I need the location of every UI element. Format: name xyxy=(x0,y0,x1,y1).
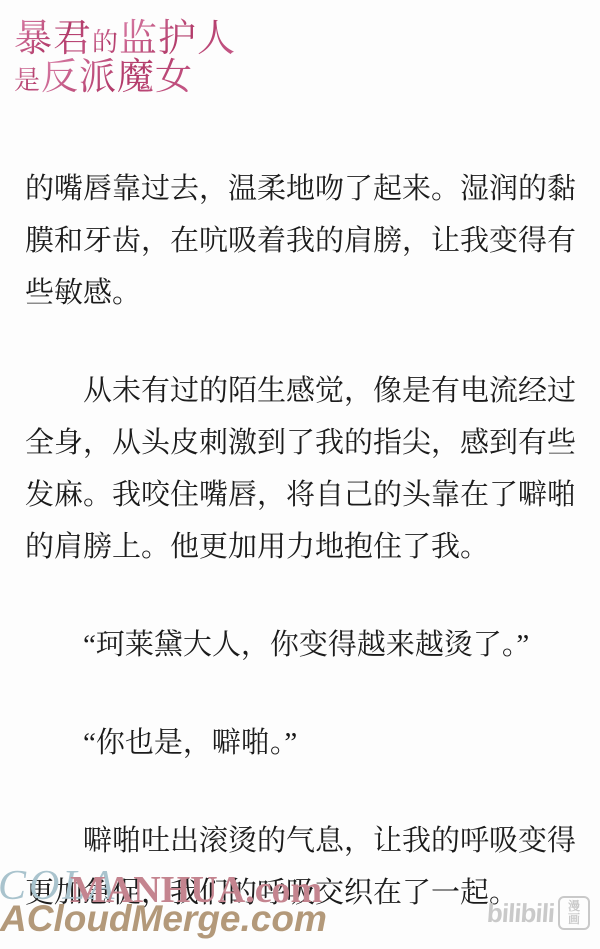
novel-page: 暴君的监护人 是反派魔女 的嘴唇靠过去，温柔地吻了起来。湿润的黏膜和牙齿，在吭吸… xyxy=(0,0,600,949)
watermark-bilibili-manga: bilibili 漫 画 xyxy=(487,896,590,930)
bilibili-logo-icon: bilibili xyxy=(486,898,555,929)
series-title-line-1: 暴君的监护人 xyxy=(14,20,236,59)
paragraph-text: 从未有过的陌生感觉，像是有电流经过全身，从头皮刺激到了我的指尖，感到有些发麻。我… xyxy=(25,365,576,573)
series-title-text: 是 xyxy=(14,66,41,95)
dialogue-line: “珂莱黛大人，你变得越来越烫了。” xyxy=(25,619,576,671)
series-title-text: 反派魔女 xyxy=(41,57,193,98)
novel-text-body: 的嘴唇靠过去，温柔地吻了起来。湿润的黏膜和牙齿，在吭吸着我的肩膀，让我变得有些敏… xyxy=(25,163,576,919)
series-title-line-2: 是反派魔女 xyxy=(14,59,236,97)
watermark-acloudmerge: ACloudMerge.com xyxy=(0,898,327,940)
manga-badge-text: 画 xyxy=(568,913,580,926)
dialogue-line: “你也是，噼啪。” xyxy=(25,717,576,769)
series-title-logo: 暴君的监护人 是反派魔女 xyxy=(14,20,236,96)
paragraph-text: 的嘴唇靠过去，温柔地吻了起来。湿润的黏膜和牙齿，在吭吸着我的肩膀，让我变得有些敏… xyxy=(25,163,576,319)
manga-badge-icon: 漫 画 xyxy=(558,896,590,930)
series-title-text: 的 xyxy=(92,28,119,57)
series-title-text: 暴君 xyxy=(14,18,92,60)
series-title-text: 监护人 xyxy=(119,18,236,60)
